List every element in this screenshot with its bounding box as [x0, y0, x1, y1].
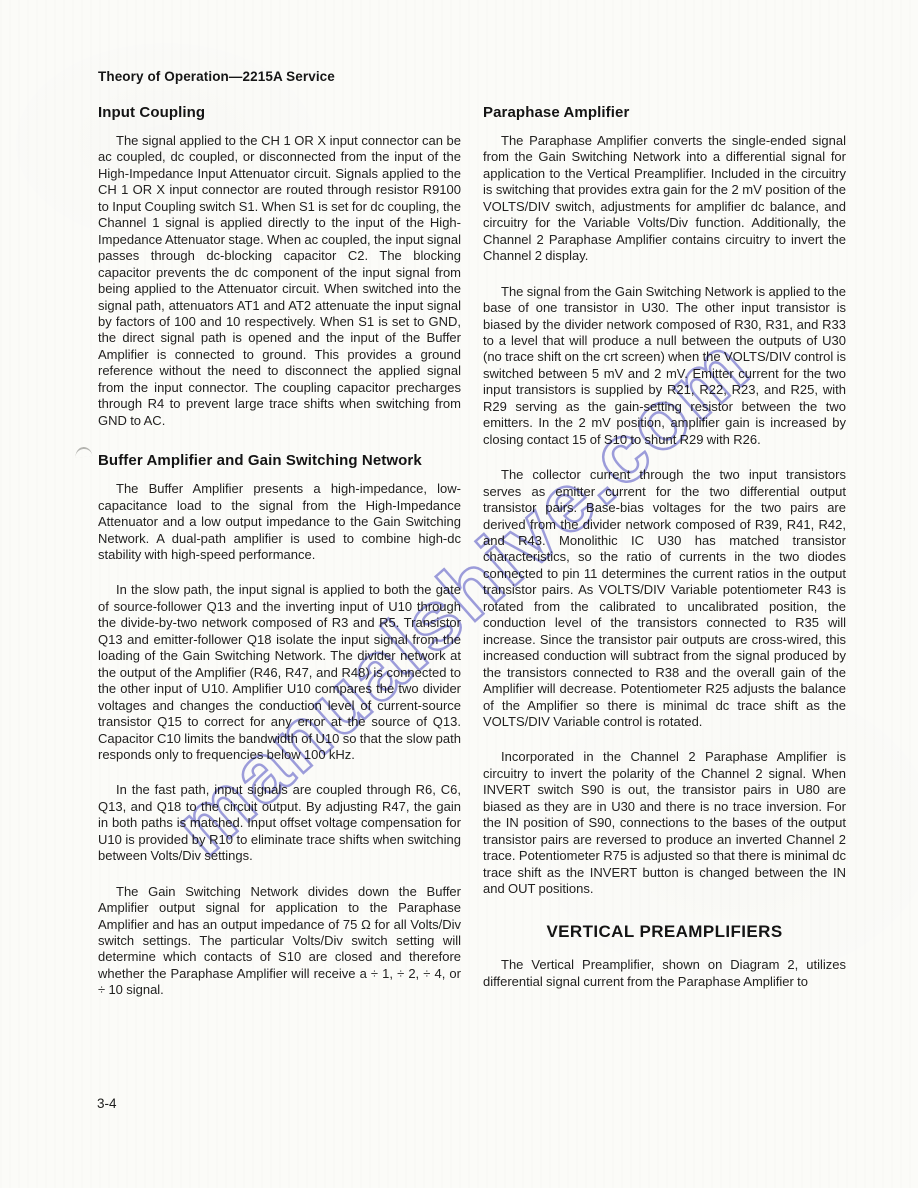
paragraph-buffer-amplifier-4: The Gain Switching Network divides down … [98, 884, 461, 999]
paragraph-buffer-amplifier-3: In the fast path, input signals are coup… [98, 782, 461, 864]
section-heading-vertical-preamplifiers: VERTICAL PREAMPLIFIERS [483, 922, 846, 942]
pencil-mark [75, 446, 93, 458]
section-heading-paraphase-amplifier: Paraphase Amplifier [483, 104, 846, 121]
page-header: Theory of Operation—2215A Service [98, 69, 335, 84]
page-number: 3-4 [97, 1096, 117, 1111]
paragraph-paraphase-2: The signal from the Gain Switching Netwo… [483, 284, 846, 449]
paragraph-vertical-preamplifiers-1: The Vertical Preamplifier, shown on Diag… [483, 957, 846, 990]
paragraph-buffer-amplifier-2: In the slow path, the input signal is ap… [98, 582, 461, 763]
page-body: Input Coupling The signal applied to the… [98, 98, 846, 999]
section-heading-input-coupling: Input Coupling [98, 104, 461, 121]
paragraph-paraphase-3: The collector current through the two in… [483, 467, 846, 730]
paragraph-input-coupling-1: The signal applied to the CH 1 OR X inpu… [98, 133, 461, 429]
paragraph-buffer-amplifier-1: The Buffer Amplifier presents a high-imp… [98, 481, 461, 563]
right-column: Paraphase Amplifier The Paraphase Amplif… [483, 98, 846, 999]
paragraph-paraphase-4: Incorporated in the Channel 2 Paraphase … [483, 749, 846, 897]
left-column: Input Coupling The signal applied to the… [98, 98, 461, 999]
paragraph-paraphase-1: The Paraphase Amplifier converts the sin… [483, 133, 846, 265]
section-heading-buffer-amplifier: Buffer Amplifier and Gain Switching Netw… [98, 452, 461, 469]
